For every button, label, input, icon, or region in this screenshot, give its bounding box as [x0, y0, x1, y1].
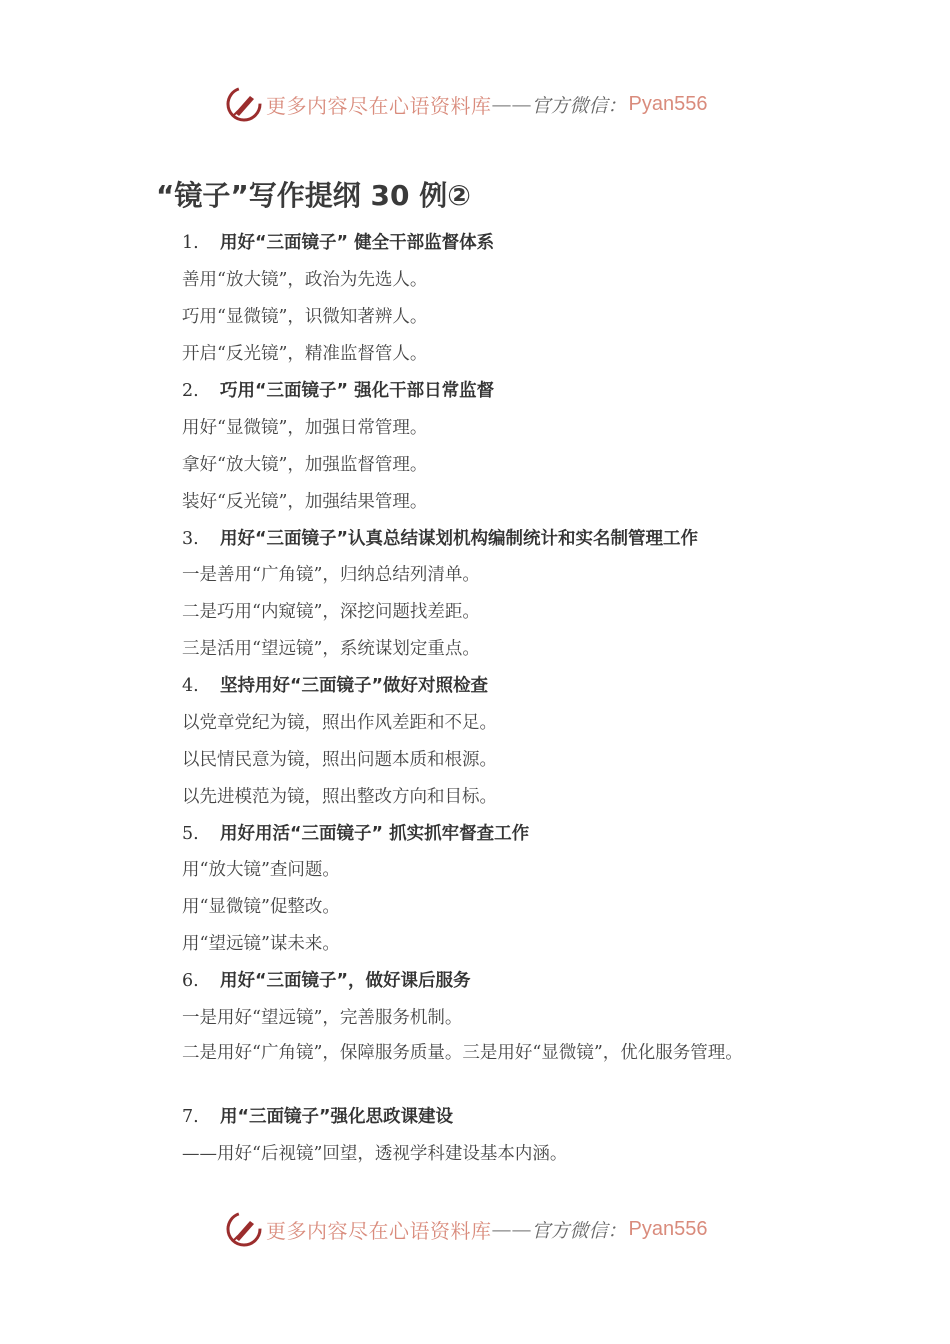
list-item: 一是用好“望远镜”，完善服务机制。	[182, 1005, 462, 1031]
quill-pen-logo-icon	[226, 1211, 262, 1247]
list-item: 以党章党纪为镜，照出作风差距和不足。	[182, 710, 497, 736]
wechat-label: 官方微信：	[532, 91, 627, 118]
list-item: 善用“放大镜”，政治为先选人。	[182, 267, 427, 293]
site-name: 更多内容尽在心语资料库	[266, 90, 492, 119]
list-item: 用好“显微镜”，加强日常管理。	[182, 415, 427, 441]
list-item: 三是活用“望远镜”，系统谋划定重点。	[182, 636, 480, 662]
list-item: 一是善用“广角镜”，归纳总结列清单。	[182, 562, 480, 588]
list-item: 以民情民意为镜，照出问题本质和根源。	[182, 747, 497, 773]
section-heading: 7.用“三面镜子”强化思政课建设	[182, 1104, 453, 1130]
list-item: 用“望远镜”谋未来。	[182, 931, 340, 957]
list-item: 用“显微镜”促整改。	[182, 894, 340, 920]
section-heading: 6.用好“三面镜子”，做好课后服务	[182, 968, 471, 994]
list-item: 巧用“显微镜”，识微知著辨人。	[182, 304, 427, 330]
list-item: 二是巧用“内窥镜”，深挖问题找差距。	[182, 599, 480, 625]
document-title: “镜子”写作提纲 30 例②	[156, 174, 471, 214]
list-item-wrapped: 二是用好“广角镜”，保障服务质量。三是用好“显微镜”，优化服务管理。	[146, 1041, 810, 1066]
wechat-id: Pyan556	[629, 93, 708, 116]
wechat-label: 官方微信：	[532, 1216, 627, 1243]
section-heading: 5.用好用活“三面镜子” 抓实抓牢督查工作	[182, 821, 529, 847]
separator-dash: ——	[492, 92, 532, 116]
site-name: 更多内容尽在心语资料库	[266, 1215, 492, 1244]
separator-dash: ——	[492, 1217, 532, 1241]
list-item: ——用好“后视镜”回望，透视学科建设基本内涵。	[182, 1141, 567, 1167]
list-item: 开启“反光镜”，精准监督管人。	[182, 341, 427, 367]
header-banner: 更多内容尽在心语资料库 —— 官方微信： Pyan556	[226, 84, 707, 124]
list-item: 用“放大镜”查问题。	[182, 857, 340, 883]
section-heading: 2.巧用“三面镜子” 强化干部日常监督	[182, 378, 494, 404]
quill-pen-logo-icon	[226, 86, 262, 122]
list-item: 拿好“放大镜”，加强监督管理。	[182, 452, 427, 478]
section-heading: 4.坚持用好“三面镜子”做好对照检查	[182, 673, 488, 699]
list-item: 以先进模范为镜，照出整改方向和目标。	[182, 784, 497, 810]
section-heading: 1.用好“三面镜子” 健全干部监督体系	[182, 230, 494, 256]
footer-banner: 更多内容尽在心语资料库 —— 官方微信： Pyan556	[226, 1209, 707, 1249]
wechat-id: Pyan556	[629, 1218, 708, 1241]
list-item: 装好“反光镜”，加强结果管理。	[182, 489, 427, 515]
section-heading: 3.用好“三面镜子”认真总结谋划机构编制统计和实名制管理工作	[182, 526, 698, 552]
